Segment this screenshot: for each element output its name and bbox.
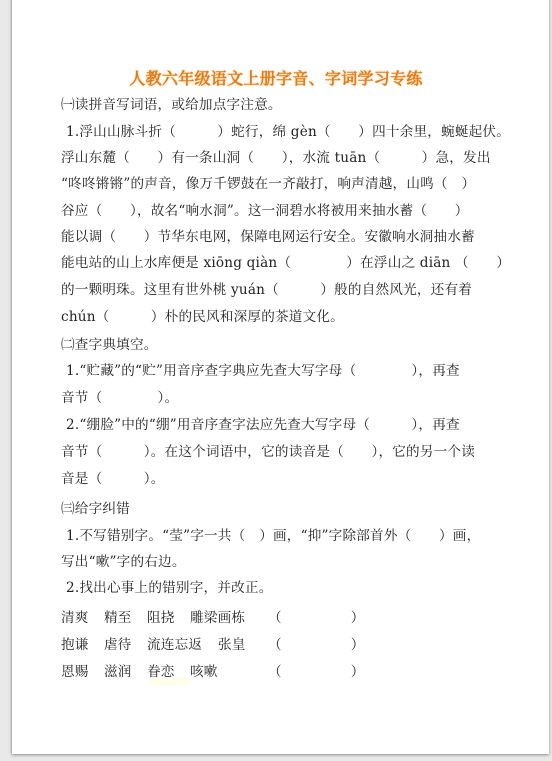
- word: 流连忘返: [147, 636, 202, 654]
- text-line: 1.不写错别字。“莹”字一共（ ）画，“抑”字除部首外（ ）画，: [66, 527, 480, 545]
- text-line: 谷应（ ），故名“响水洞”。这一洞碧水将被用来抽水蓄（ ）: [61, 202, 469, 220]
- word: 恩赐: [61, 663, 89, 681]
- text-line: chún（ ）朴的民风和深厚的茶道文化。: [61, 308, 344, 326]
- text-line: 2.“绷脸”中的“绷”用音序查字法应先查大写字母（ ），再查: [66, 416, 460, 434]
- word: 张皇: [218, 636, 246, 654]
- word: 抱谦: [61, 636, 89, 654]
- text-line: 能电站的山上水库便是 xiōng qiàn（ ）在浮山之 diān （ ）: [61, 254, 510, 272]
- text-line: 的一颗明珠。这里有世外桃 yuán（ ）般的自然风光，还有着: [61, 281, 472, 299]
- text-line: 浮山东麓（ ）有一条山洞（ ），水流 tuān（ ）急，发出: [61, 149, 491, 167]
- text-line: 1.“贮藏”的“贮”用音序查字典应先查大写字母（ ），再查: [66, 362, 460, 380]
- word: 清爽: [61, 609, 89, 627]
- section-heading-3: ㈢给字纠错: [61, 500, 130, 518]
- faint-watermark: [150, 678, 190, 686]
- word: 虐待: [104, 636, 132, 654]
- text-line: 1.浮山山脉斗折（ ）蛇行，绵 gèn（ ）四十余里，蜿蜒起伏。: [66, 123, 510, 141]
- answer-blank: （ ）: [268, 636, 365, 654]
- text-line: 音节（ ）。: [61, 389, 178, 407]
- text-line: “咚咚锵锵”的声音，像万千锣鼓在一齐敲打，响声清越，山鸣（ ）: [61, 175, 475, 193]
- section-heading-2: ㈡查字典填空。: [61, 336, 158, 354]
- text-line: 音节（ ）。在这个词语中，它的读音是（ ），它的另一个读: [61, 443, 475, 461]
- text-line: 2.找出心事上的错别字，并改正。: [66, 579, 272, 597]
- word: 滋润: [104, 663, 132, 681]
- word: 雕梁画栋: [190, 609, 245, 627]
- document-title: 人教六年级语文上册字音、字词学习专练: [0, 66, 552, 89]
- answer-blank: （ ）: [268, 663, 365, 681]
- section-heading-1: ㈠读拼音写词语，或给加点字注意。: [61, 96, 282, 114]
- word: 咳嗽: [190, 663, 218, 681]
- text-line: 写出“嗽”字的右边。: [61, 553, 186, 571]
- word: 精至: [104, 609, 132, 627]
- word: 阻挠: [147, 609, 175, 627]
- text-line: 音是（ ）。: [61, 470, 165, 488]
- text-line: 能以调（ ）节华东电网，保障电网运行安全。安徽响水洞抽水蓄: [61, 228, 475, 246]
- answer-blank: （ ）: [268, 609, 365, 627]
